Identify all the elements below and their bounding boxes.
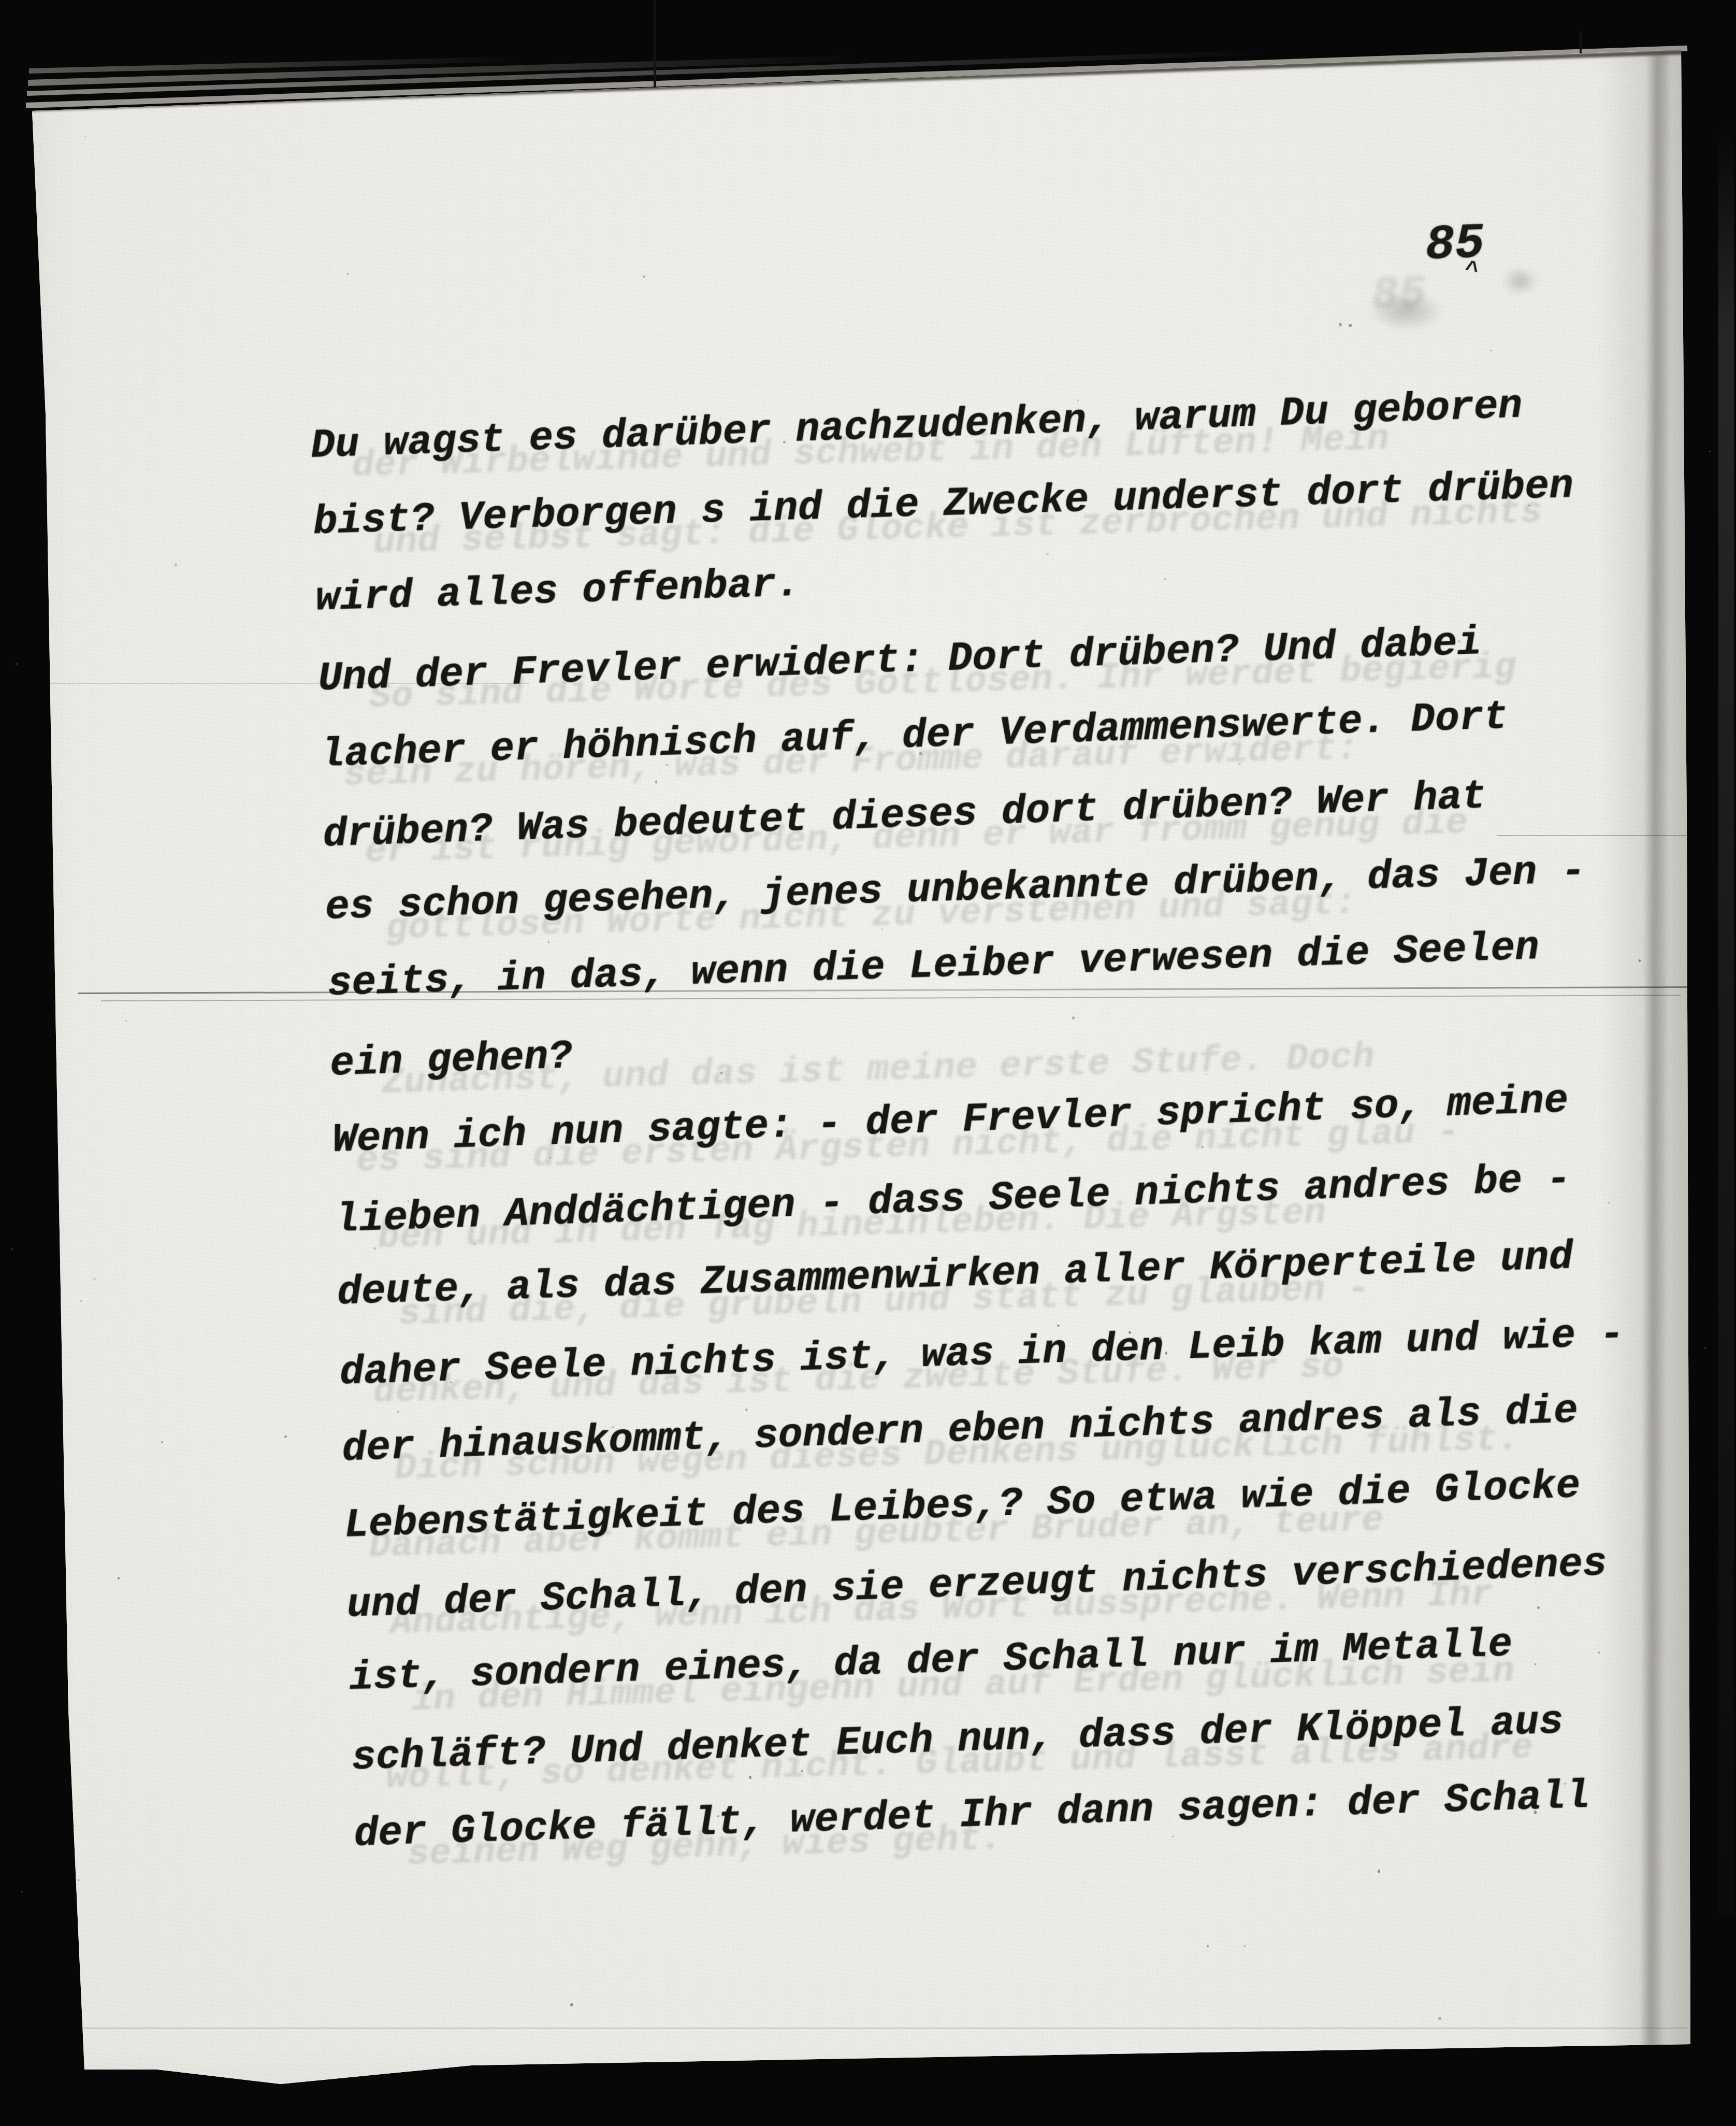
paper-stack-edge [28, 55, 857, 86]
dust-speck [1709, 451, 1711, 452]
dust-speck [11, 1248, 13, 1250]
dust-speck [21, 1891, 23, 1892]
paper-stack-edge [29, 56, 521, 74]
ink-smudge [1502, 267, 1538, 295]
dust-speck [1704, 1347, 1706, 1348]
fold-crease-line [78, 2028, 1687, 2029]
scanned-page: 85 ^ 85 der Wirbelwinde und schwebt in d… [0, 0, 1736, 2126]
adjacent-page-edge [1718, 124, 1734, 1917]
scanned-document-photo: 85 ^ 85 der Wirbelwinde und schwebt in d… [0, 0, 1736, 2126]
typewritten-text: Du wagst es darüber nachzudenken, warum … [310, 365, 1736, 1874]
page-number-bleed-through: 85 [1370, 268, 1427, 322]
dust-speck [16, 663, 18, 665]
page-top-edge-shadow [27, 50, 1686, 111]
